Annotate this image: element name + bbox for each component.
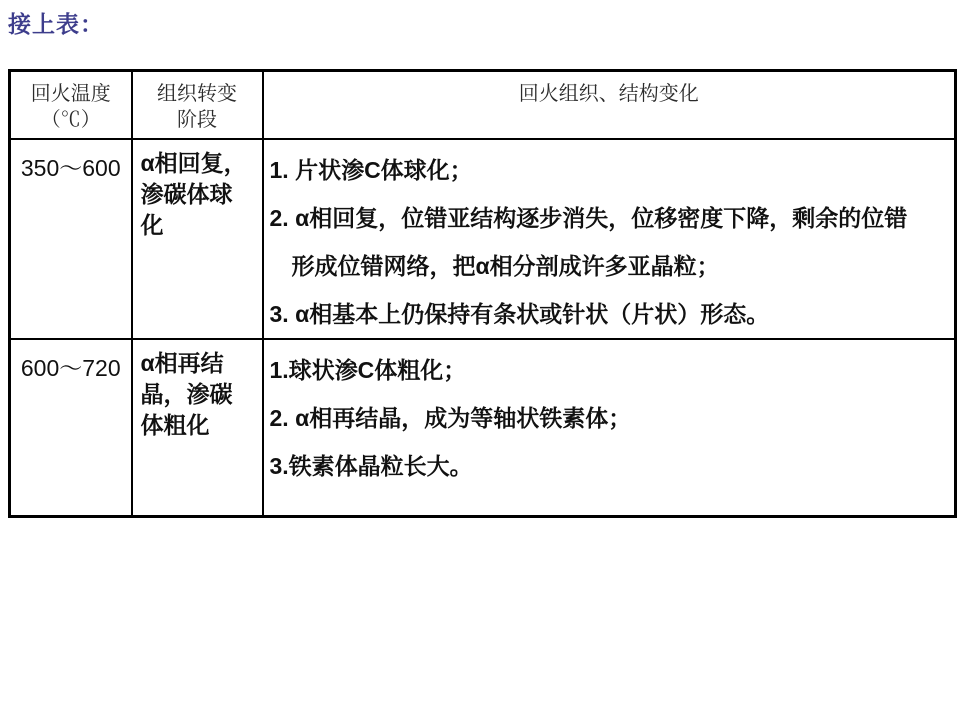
change-item: 1. 片状渗C体球化； [270, 146, 949, 194]
cell-line: α相回复， [141, 148, 258, 179]
table-row: 350～600 α相回复，渗碳体球化 1. 片状渗C体球化；2. α相回复，位错… [10, 139, 956, 339]
change-line: 3.铁素体晶粒长大。 [270, 442, 949, 490]
cell-line: α相再结 [141, 348, 258, 379]
cell-line: 渗碳体球 [141, 179, 258, 210]
table-row: 600～720 α相再结晶，渗碳体粗化 1.球状渗C体粗化；2. α相再结晶，成… [10, 339, 956, 517]
cell-line: 组织转变 [135, 81, 260, 107]
change-line: 2. α相回复，位错亚结构逐步消失，位移密度下降，剩余的位错 [270, 194, 949, 242]
tempering-table: 回火温度（℃） 组织转变阶段 回火组织、结构变化 350～600 α相回复，渗碳… [8, 69, 957, 518]
changes-cell: 1. 片状渗C体球化；2. α相回复，位错亚结构逐步消失，位移密度下降，剩余的位… [263, 139, 956, 339]
col-header-stage: 组织转变阶段 [132, 71, 263, 139]
header-row: 回火温度（℃） 组织转变阶段 回火组织、结构变化 [10, 71, 956, 139]
change-line: 2. α相再结晶，成为等轴状铁素体； [270, 394, 949, 442]
stage-cell: α相回复，渗碳体球化 [132, 139, 263, 339]
temperature-cell: 600～720 [10, 339, 132, 517]
change-line: 形成位错网络，把α相分剖成许多亚晶粒； [270, 242, 949, 290]
col-header-changes: 回火组织、结构变化 [263, 71, 956, 139]
temperature-cell: 350～600 [10, 139, 132, 339]
stage-cell: α相再结晶，渗碳体粗化 [132, 339, 263, 517]
cell-line: 化 [141, 210, 258, 241]
change-item: 3.铁素体晶粒长大。 [270, 442, 949, 490]
cell-line: 体粗化 [141, 410, 258, 441]
cell-line: 晶，渗碳 [141, 379, 258, 410]
cell-line: 阶段 [135, 107, 260, 133]
page-title: 接上表： [8, 6, 104, 39]
cell-line: （℃） [13, 107, 129, 133]
changes-cell: 1.球状渗C体粗化；2. α相再结晶，成为等轴状铁素体；3.铁素体晶粒长大。 [263, 339, 956, 517]
change-item: 2. α相再结晶，成为等轴状铁素体； [270, 394, 949, 442]
slide: 接上表： 回火温度（℃） 组织转变阶段 回火组织、结构变化 350～600 α相… [0, 0, 960, 720]
change-line: 3. α相基本上仍保持有条状或针状（片状）形态。 [270, 290, 949, 338]
col-header-temperature: 回火温度（℃） [10, 71, 132, 139]
cell-line: 回火组织、结构变化 [266, 81, 953, 107]
change-item: 1.球状渗C体粗化； [270, 346, 949, 394]
change-line: 1.球状渗C体粗化； [270, 346, 949, 394]
change-item: 2. α相回复，位错亚结构逐步消失，位移密度下降，剩余的位错形成位错网络，把α相… [270, 194, 949, 290]
cell-line: 回火温度 [13, 81, 129, 107]
change-line: 1. 片状渗C体球化； [270, 146, 949, 194]
change-item: 3. α相基本上仍保持有条状或针状（片状）形态。 [270, 290, 949, 338]
